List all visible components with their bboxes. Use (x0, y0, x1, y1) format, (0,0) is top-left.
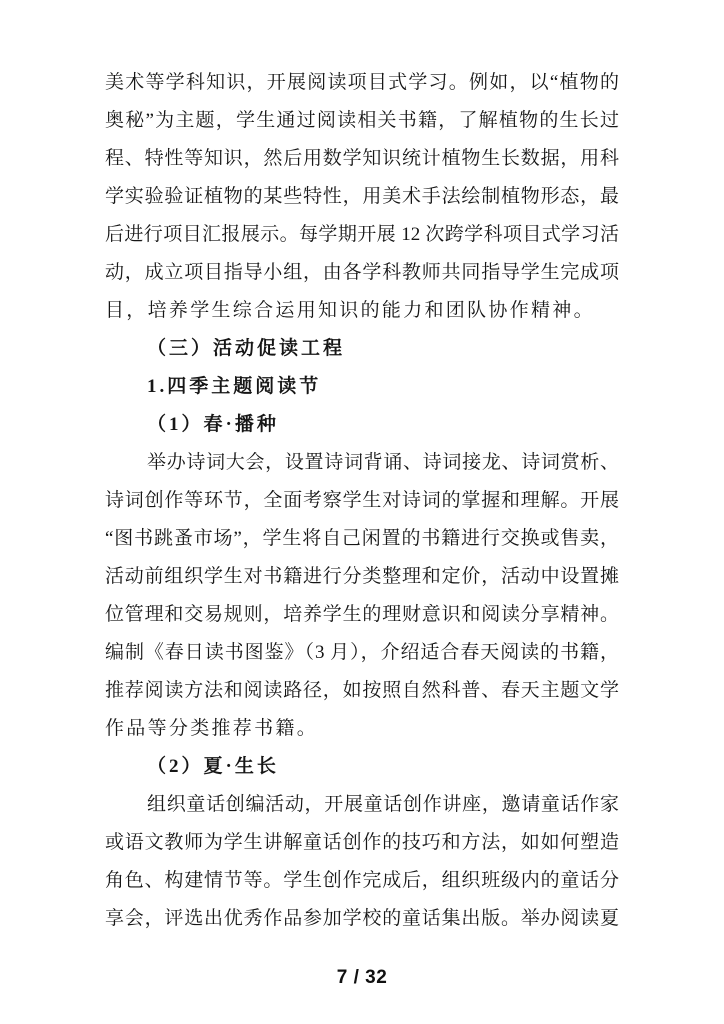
heading-line: 1.四季主题阅读节 (105, 368, 619, 406)
body-text-line: 活动前组织学生对书籍进行分类整理和定价，活动中设置摊 (105, 558, 619, 596)
body-text-line: 角色、构建情节等。学生创作完成后，组织班级内的童话分 (105, 862, 619, 900)
heading-line: （三）活动促读工程 (105, 330, 619, 368)
body-text-line: “图书跳蚤市场”，学生将自己闲置的书籍进行交换或售卖， (105, 520, 619, 558)
page-footer: 7 / 32 (0, 966, 724, 990)
body-text-line: 编制《春日读书图鉴》（3 月），介绍适合春天阅读的书籍， (105, 634, 619, 672)
heading-line: （1）春·播种 (105, 406, 619, 444)
body-text-line: 或语文教师为学生讲解童话创作的技巧和方法，如如何塑造 (105, 824, 619, 862)
body-text-line: 组织童话创编活动，开展童话创作讲座，邀请童话作家 (105, 786, 619, 824)
body-text-line: 位管理和交易规则，培养学生的理财意识和阅读分享精神。 (105, 596, 619, 634)
body-text-line: 作品等分类推荐书籍。 (105, 710, 619, 748)
body-text-line: 举办诗词大会，设置诗词背诵、诗词接龙、诗词赏析、 (105, 444, 619, 482)
body-text-line: 学实验验证植物的某些特性，用美术手法绘制植物形态，最 (105, 178, 619, 216)
body-text-line: 奥秘”为主题，学生通过阅读相关书籍，了解植物的生长过 (105, 102, 619, 140)
body-text-line: 推荐阅读方法和阅读路径，如按照自然科普、春天主题文学 (105, 672, 619, 710)
body-text-line: 程、特性等知识，然后用数学知识统计植物生长数据，用科 (105, 140, 619, 178)
body-text-line: 诗词创作等环节，全面考察学生对诗词的掌握和理解。开展 (105, 482, 619, 520)
heading-line: （2）夏·生长 (105, 748, 619, 786)
body-text-line: 美术等学科知识，开展阅读项目式学习。例如，以“植物的 (105, 64, 619, 102)
page-number: 7 / 32 (337, 967, 388, 988)
body-text-line: 后进行项目汇报展示。每学期开展 12 次跨学科项目式学习活 (105, 216, 619, 254)
body-text-line: 目，培养学生综合运用知识的能力和团队协作精神。 (105, 292, 619, 330)
text-column: 美术等学科知识，开展阅读项目式学习。例如，以“植物的奥秘”为主题，学生通过阅读相… (105, 64, 619, 938)
body-text-line: 动，成立项目指导小组，由各学科教师共同指导学生完成项 (105, 254, 619, 292)
document-page: 美术等学科知识，开展阅读项目式学习。例如，以“植物的奥秘”为主题，学生通过阅读相… (0, 0, 724, 1024)
body-text-line: 享会，评选出优秀作品参加学校的童话集出版。举办阅读夏 (105, 900, 619, 938)
